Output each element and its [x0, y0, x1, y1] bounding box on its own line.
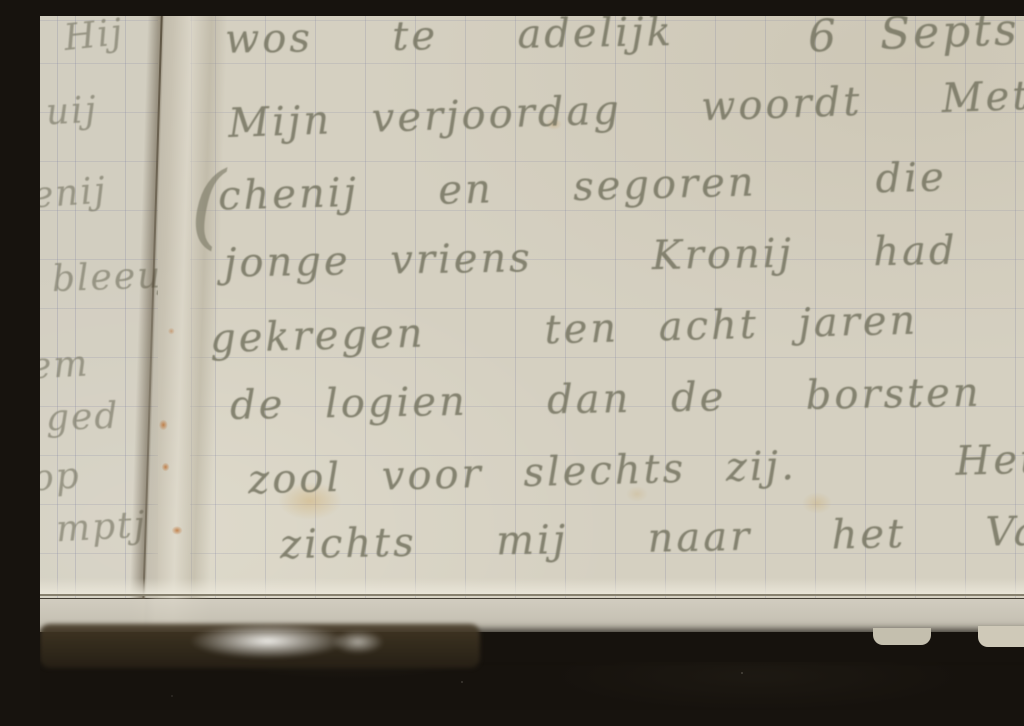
rust-spot	[159, 419, 168, 430]
rust-spot	[171, 526, 182, 535]
page-corner-tab	[873, 628, 931, 645]
paper-stain	[802, 492, 832, 514]
crease-crack-line	[141, 16, 163, 655]
handwriting-fragment: enij	[40, 173, 108, 214]
handwriting-line: wos te adelijk	[225, 16, 674, 60]
rust-spot	[161, 462, 169, 471]
handwriting-fragment: em	[40, 346, 90, 385]
page-bottom-highlight	[40, 578, 1024, 594]
handwriting-fragment: uij	[45, 93, 99, 132]
page-corner-tab	[978, 626, 1024, 647]
date-note: 6 Septs	[807, 16, 1020, 60]
rust-spot	[168, 328, 175, 335]
photo-of-notebook-page: Hij uij enij bleeuj em ged op mptj wos t…	[40, 16, 1024, 710]
handwriting-fragment: ged	[45, 399, 120, 438]
handwriting-fragment: op	[40, 458, 82, 497]
page-bottom-edge-line	[40, 594, 1024, 596]
handwriting-fragment: Hij	[62, 16, 126, 57]
white-fuzz-fibres-small	[332, 630, 384, 654]
